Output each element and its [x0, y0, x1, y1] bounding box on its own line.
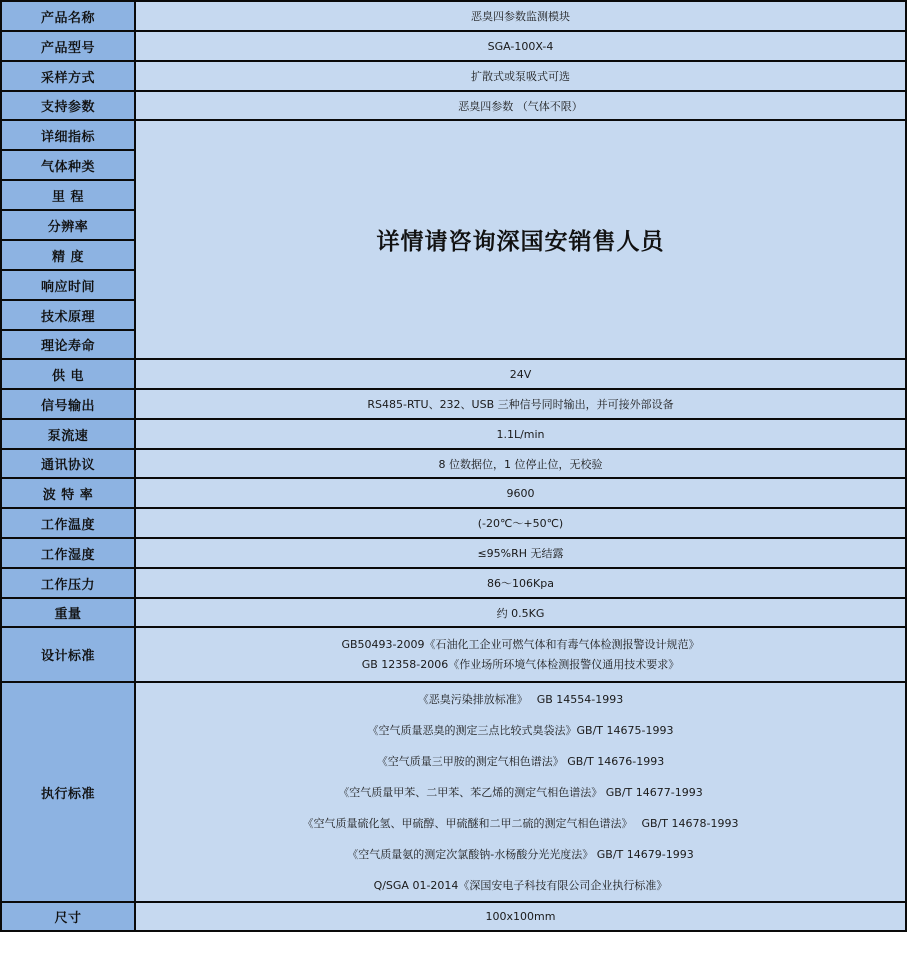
exec-standard-line: 《空气质量硫化氢、甲硫醇、甲硫醚和二甲二硫的测定气相色谱法》 GB/T 1467… [136, 808, 905, 839]
table-row: 支持参数 恶臭四参数 （气体不限） [1, 91, 906, 120]
row-value-design-standard: GB50493-2009《石油化工企业可燃气体和有毒气体检测报警设计规范》 GB… [135, 627, 906, 682]
table-row: 尺寸 100x100mm [1, 902, 906, 931]
table-row: 详细指标 详情请咨询深国安销售人员 [1, 120, 906, 150]
row-label-exec-standard: 执行标准 [1, 682, 135, 902]
table-row: 信号输出 RS485-RTU、232、USB 三种信号同时输出，并可接外部设备 [1, 389, 906, 419]
exec-standard-line: 《恶臭污染排放标准》 GB 14554-1993 [136, 684, 905, 715]
exec-standard-line: 《空气质量甲苯、二甲苯、苯乙烯的测定气相色谱法》 GB/T 14677-1993 [136, 777, 905, 808]
table-row: 采样方式 扩散式或泵吸式可选 [1, 61, 906, 91]
row-label-gas-type: 气体种类 [1, 150, 135, 180]
row-value-signal-output: RS485-RTU、232、USB 三种信号同时输出，并可接外部设备 [135, 389, 906, 419]
row-value-pressure: 86～106Kpa [135, 568, 906, 598]
row-value-size: 100x100mm [135, 902, 906, 931]
spec-table: 产品名称 恶臭四参数监测模块 产品型号 SGA-100X-4 采样方式 扩散式或… [0, 0, 907, 932]
row-label-baud-rate: 波 特 率 [1, 478, 135, 508]
row-label-params: 支持参数 [1, 91, 135, 120]
row-value-humidity: ≤95%RH 无结露 [135, 538, 906, 568]
row-label-humidity: 工作湿度 [1, 538, 135, 568]
table-row: 通讯协议 8 位数据位，1 位停止位，无校验 [1, 449, 906, 478]
row-value-protocol: 8 位数据位，1 位停止位，无校验 [135, 449, 906, 478]
exec-standard-line: 《空气质量三甲胺的测定气相色谱法》 GB/T 14676-1993 [136, 746, 905, 777]
table-row: 重量 约 0.5KG [1, 598, 906, 627]
row-value-weight: 约 0.5KG [135, 598, 906, 627]
table-row: 工作温度 (-20℃～+50℃) [1, 508, 906, 538]
row-label-pump-flow: 泵流速 [1, 419, 135, 449]
table-row: 工作湿度 ≤95%RH 无结露 [1, 538, 906, 568]
table-row: 波 特 率 9600 [1, 478, 906, 508]
detail-note-cell: 详情请咨询深国安销售人员 [135, 120, 906, 359]
row-label-detail-spec: 详细指标 [1, 120, 135, 150]
row-label-size: 尺寸 [1, 902, 135, 931]
row-value-exec-standard: 《恶臭污染排放标准》 GB 14554-1993 《空气质量恶臭的测定三点比较式… [135, 682, 906, 902]
row-label-product-model: 产品型号 [1, 31, 135, 61]
row-label-accuracy: 精 度 [1, 240, 135, 270]
row-label-lifespan: 理论寿命 [1, 330, 135, 359]
table-row: 泵流速 1.1L/min [1, 419, 906, 449]
row-value-params: 恶臭四参数 （气体不限） [135, 91, 906, 120]
row-label-response-time: 响应时间 [1, 270, 135, 300]
design-standard-line: GB50493-2009《石油化工企业可燃气体和有毒气体检测报警设计规范》 [136, 635, 905, 655]
row-value-power: 24V [135, 359, 906, 389]
row-label-resolution: 分辨率 [1, 210, 135, 240]
row-value-product-name: 恶臭四参数监测模块 [135, 1, 906, 31]
detail-note: 详情请咨询深国安销售人员 [377, 228, 665, 255]
table-row: 产品名称 恶臭四参数监测模块 [1, 1, 906, 31]
row-label-power: 供 电 [1, 359, 135, 389]
table-row: 供 电 24V [1, 359, 906, 389]
row-label-temperature: 工作温度 [1, 508, 135, 538]
row-label-design-standard: 设计标准 [1, 627, 135, 682]
row-label-protocol: 通讯协议 [1, 449, 135, 478]
row-value-product-model: SGA-100X-4 [135, 31, 906, 61]
row-label-product-name: 产品名称 [1, 1, 135, 31]
row-label-pressure: 工作压力 [1, 568, 135, 598]
table-row: 产品型号 SGA-100X-4 [1, 31, 906, 61]
exec-standard-line: 《空气质量氨的测定次氯酸钠-水杨酸分光光度法》 GB/T 14679-1993 [136, 839, 905, 870]
row-value-baud-rate: 9600 [135, 478, 906, 508]
row-label-sampling: 采样方式 [1, 61, 135, 91]
table-row: 工作压力 86～106Kpa [1, 568, 906, 598]
table-row: 设计标准 GB50493-2009《石油化工企业可燃气体和有毒气体检测报警设计规… [1, 627, 906, 682]
row-label-range: 里 程 [1, 180, 135, 210]
row-label-weight: 重量 [1, 598, 135, 627]
row-value-temperature: (-20℃～+50℃) [135, 508, 906, 538]
design-standard-line: GB 12358-2006《作业场所环境气体检测报警仪通用技术要求》 [136, 655, 905, 675]
row-value-pump-flow: 1.1L/min [135, 419, 906, 449]
table-row: 执行标准 《恶臭污染排放标准》 GB 14554-1993 《空气质量恶臭的测定… [1, 682, 906, 902]
row-label-signal-output: 信号输出 [1, 389, 135, 419]
exec-standard-line: Q/SGA 01-2014《深国安电子科技有限公司企业执行标准》 [136, 870, 905, 901]
exec-standard-line: 《空气质量恶臭的测定三点比较式臭袋法》GB/T 14675-1993 [136, 715, 905, 746]
row-label-principle: 技术原理 [1, 300, 135, 330]
row-value-sampling: 扩散式或泵吸式可选 [135, 61, 906, 91]
